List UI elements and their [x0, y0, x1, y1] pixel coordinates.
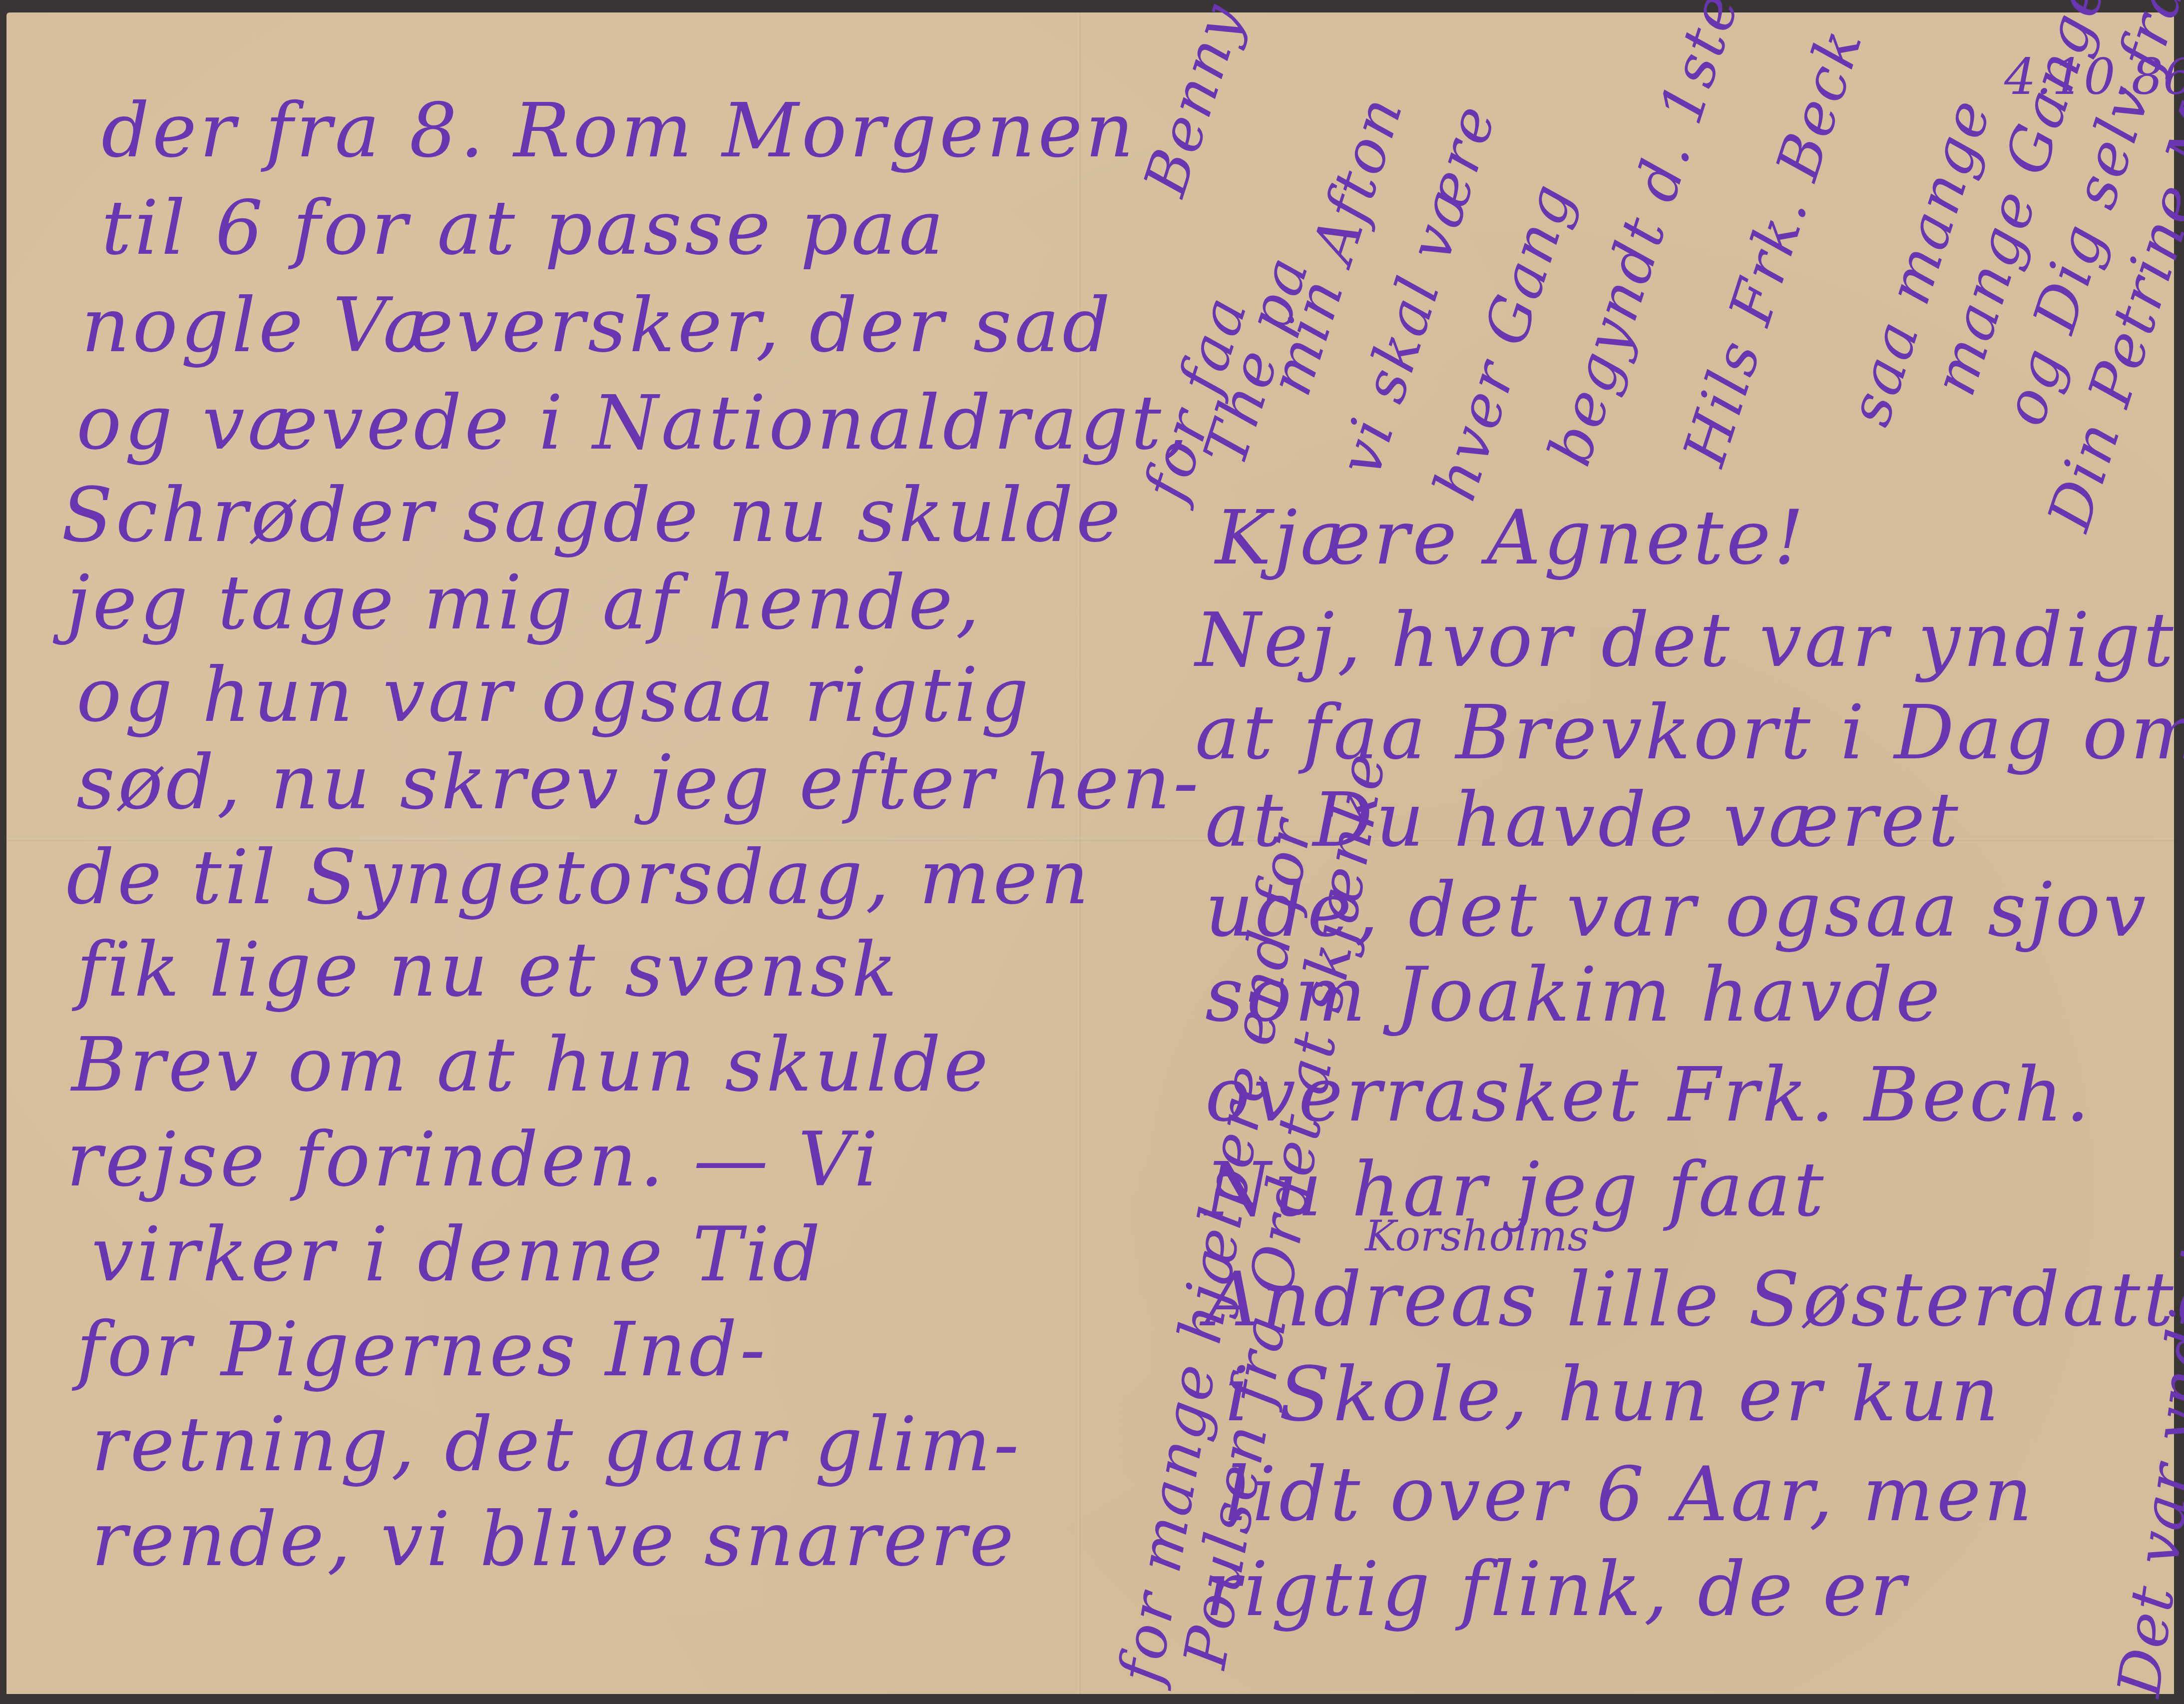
- text-line: rejse forinden. — Vi: [66, 1117, 881, 1203]
- text-line: rigtig flink, de er: [1205, 1546, 1909, 1633]
- vertical-line: Benny: [1130, 0, 1257, 204]
- text-line: nogle Væversker, der sad: [81, 282, 1113, 369]
- text-line: de til Syngetorsdag, men: [66, 834, 1092, 921]
- text-line: Nej, hvor det var yndigt: [1195, 597, 2177, 684]
- text-line: overrasket Frk. Bech.: [1205, 1052, 2093, 1138]
- text-line: som Joakim havde: [1205, 952, 1943, 1039]
- text-line: der fra 8. Rom Morgenen: [101, 87, 1137, 174]
- text-line: sød, nu skrev jeg efter hen-: [76, 739, 1202, 826]
- text-line: jeg tage mig af hende,: [66, 560, 982, 646]
- text-line: i Skole, hun er kun: [1225, 1351, 2002, 1438]
- text-line: ude, det var ogsaa sjov: [1205, 867, 2149, 954]
- text-line: fik lige nu et svensk: [76, 927, 900, 1014]
- text-line: for Pigernes Ind-: [76, 1306, 768, 1393]
- text-line: at faa Brevkort i Dag om: [1195, 689, 2184, 776]
- letter-paper: der fra 8. Rom Morgenen til 6 for at pas…: [6, 12, 2174, 1694]
- text-line: og hun var ogsaa rigtig: [76, 652, 1032, 739]
- salutation: Kjære Agnete!: [1215, 495, 1807, 581]
- text-line: lidt over 6 Aar, men: [1225, 1451, 2035, 1538]
- text-line: virker i denne Tid: [91, 1211, 824, 1298]
- letter-date: 4.10.86.: [2004, 47, 2184, 106]
- text-line: retning, det gaar glim-: [91, 1401, 1022, 1488]
- text-line: Brev om at hun skulde: [71, 1022, 991, 1109]
- text-line: at Du havde været: [1205, 777, 1961, 864]
- text-line: Andreas lille Søsterdatter: [1205, 1256, 2184, 1343]
- text-line: og vævede i Nationaldragt,: [76, 380, 1191, 467]
- text-line: rende, vi blive snarere: [91, 1496, 1017, 1583]
- text-line: Schrøder sagde nu skulde: [61, 472, 1124, 559]
- text-line: til 6 for at passe paa: [101, 185, 946, 272]
- interlinear-insertion: Korsholms: [1365, 1211, 1589, 1260]
